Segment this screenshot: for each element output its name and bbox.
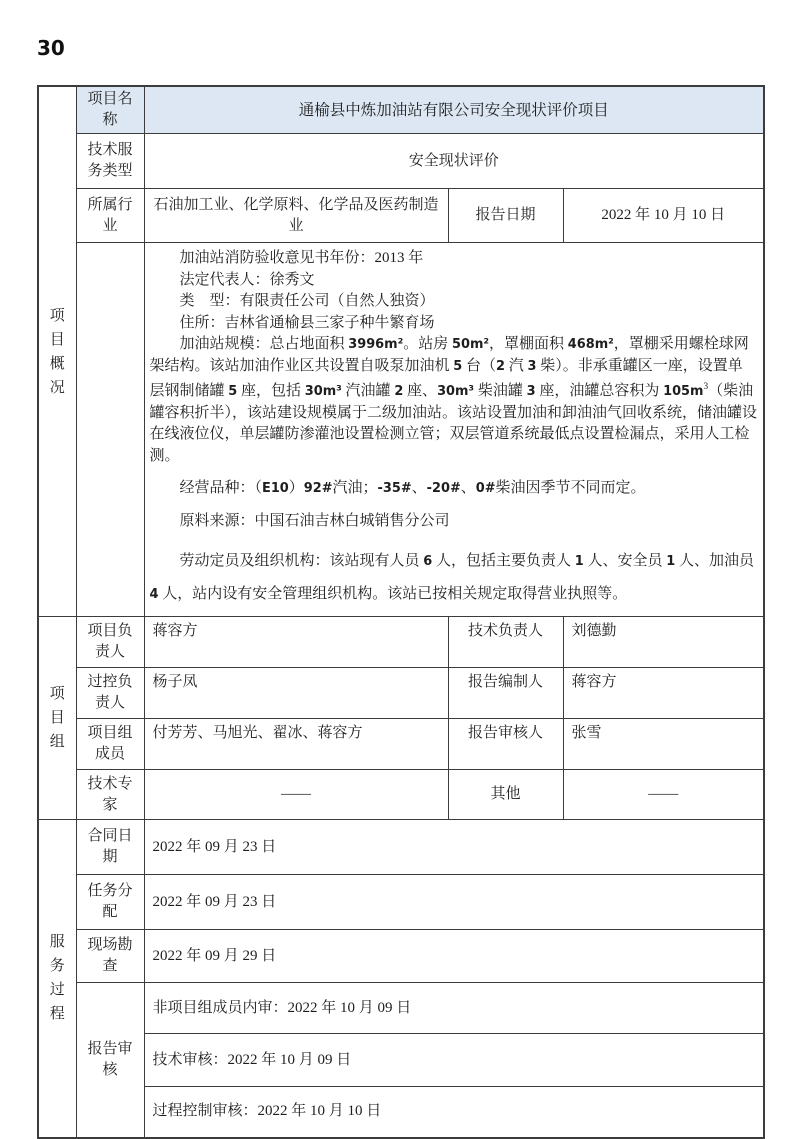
empty-cell <box>76 243 144 617</box>
process-control-review-value: 过程控制审核：2022 年 10 月 10 日 <box>144 1087 764 1138</box>
technical-expert-value: —— <box>144 770 448 820</box>
technical-review-value: 技术审核：2022 年 10 月 09 日 <box>144 1034 764 1087</box>
project-leader-label: 项目负责人 <box>76 617 144 668</box>
overview-paragraphs: 加油站消防验收意见书年份：2013 年法定代表人：徐秀文类 型：有限责任公司（自… <box>144 243 764 617</box>
section-label-team: 项目组 <box>38 617 76 820</box>
overview-paragraph: 法定代表人：徐秀文 <box>150 270 758 292</box>
task-assignment-value: 2022 年 09 月 23 日 <box>144 875 764 930</box>
industry-label: 所属行业 <box>76 189 144 243</box>
section-label-overview: 项目概况 <box>38 86 76 617</box>
report-compiler-value: 蒋容方 <box>563 668 764 719</box>
project-name-label: 项目名称 <box>76 86 144 134</box>
report-date-label: 报告日期 <box>448 189 563 243</box>
section-label-overview-text: 项目概况 <box>49 304 65 400</box>
section-label-team-text: 项目组 <box>49 682 65 754</box>
project-name-value: 通榆县中炼加油站有限公司安全现状评价项目 <box>144 86 764 134</box>
contract-date-value: 2022 年 09 月 23 日 <box>144 820 764 875</box>
overview-paragraph: 原料来源：中国石油吉林白城销售分公司 <box>150 511 758 533</box>
technical-leader-label: 技术负责人 <box>448 617 563 668</box>
site-survey-label: 现场勘查 <box>76 930 144 983</box>
report-compiler-label: 报告编制人 <box>448 668 563 719</box>
technical-expert-label: 技术专家 <box>76 770 144 820</box>
site-survey-value: 2022 年 09 月 29 日 <box>144 930 764 983</box>
team-members-value: 付芳芳、马旭光、翟冰、蒋容方 <box>144 719 448 770</box>
technical-leader-value: 刘德勤 <box>563 617 764 668</box>
overview-paragraph: 劳动定员及组织机构：该站现有人员 6 人，包括主要负责人 1 人、安全员 1 人… <box>150 545 758 611</box>
industry-value: 石油加工业、化学原料、化学品及医药制造业 <box>144 189 448 243</box>
overview-paragraph: 加油站消防验收意见书年份：2013 年 <box>150 248 758 270</box>
service-type-value: 安全现状评价 <box>144 134 764 189</box>
task-assignment-label: 任务分配 <box>76 875 144 930</box>
team-members-label: 项目组成员 <box>76 719 144 770</box>
overview-paragraph: 加油站规模：总占地面积 3996m²。站房 50m²，罩棚面积 468m²，罩棚… <box>150 334 758 467</box>
contract-date-label: 合同日期 <box>76 820 144 875</box>
report-review-label: 报告审核 <box>76 983 144 1138</box>
overview-paragraph: 住所：吉林省通榆县三家子种牛繁育场 <box>150 313 758 335</box>
overview-paragraph: 类 型：有限责任公司（自然人独资） <box>150 291 758 313</box>
section-label-process: 服务过程 <box>38 820 76 1138</box>
other-value: —— <box>563 770 764 820</box>
internal-review-value: 非项目组成员内审：2022 年 10 月 09 日 <box>144 983 764 1034</box>
page-number: 30 <box>37 36 65 60</box>
report-reviewer-label: 报告审核人 <box>448 719 563 770</box>
report-date-value: 2022 年 10 月 10 日 <box>563 189 764 243</box>
project-info-table: 项目概况 项目名称 通榆县中炼加油站有限公司安全现状评价项目 技术服务类型 安全… <box>37 85 765 1139</box>
service-type-label: 技术服务类型 <box>76 134 144 189</box>
section-label-process-text: 服务过程 <box>49 930 65 1026</box>
overview-paragraph: 经营品种：（E10）92#汽油；-35#、-20#、0#柴油因季节不同而定。 <box>150 478 758 500</box>
report-reviewer-value: 张雪 <box>563 719 764 770</box>
process-control-leader-label: 过控负责人 <box>76 668 144 719</box>
project-leader-value: 蒋容方 <box>144 617 448 668</box>
process-control-leader-value: 杨子凤 <box>144 668 448 719</box>
other-label: 其他 <box>448 770 563 820</box>
